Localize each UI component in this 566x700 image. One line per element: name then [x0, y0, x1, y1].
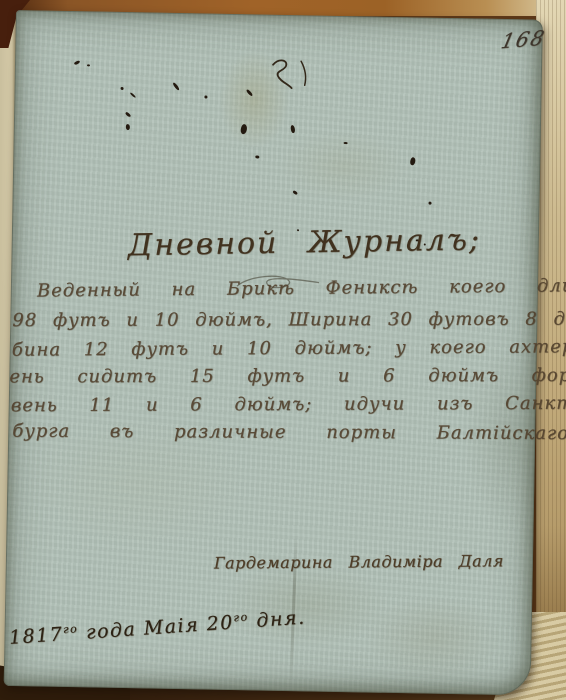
date-day: 20 — [206, 611, 235, 635]
ink-speck — [204, 95, 207, 98]
ink-speck — [246, 89, 254, 97]
ink-speck — [240, 124, 248, 135]
date-suffix: дня. — [248, 606, 306, 632]
ink-speck — [255, 155, 259, 158]
ink-speck — [429, 202, 432, 205]
date-day-ordinal: го — [233, 610, 249, 624]
manuscript-scan: 168 Дневной Журналъ; Веденный на Брикѣ Ф… — [0, 0, 566, 700]
ink-flourish — [265, 57, 318, 94]
manuscript-line: 98 футъ и 10 дюймъ, Ширина 30 футовъ 8 д… — [12, 308, 566, 331]
ink-speck — [126, 124, 130, 130]
ink-speck — [121, 87, 124, 90]
ink-speck — [290, 125, 295, 133]
ink-speck — [130, 92, 137, 98]
manuscript-line: бурга въ различные порты Балтійскаго Мор… — [12, 421, 566, 445]
date-year-ordinal: го — [63, 622, 79, 636]
ink-speck — [74, 60, 81, 66]
ink-speck — [292, 190, 298, 195]
ink-speck — [125, 112, 132, 118]
date-line: 1817го года Маія 20го дня. — [8, 606, 306, 648]
journal-title: Дневной Журналъ; — [128, 222, 482, 263]
manuscript-line: бина 12 футъ и 10 дюймъ; у коего ахтершт… — [12, 336, 566, 361]
manuscript-line: Веденный на Брикѣ Фениксѣ коего длинна — [37, 275, 566, 302]
ink-speck — [172, 82, 180, 91]
manuscript-page: 168 Дневной Журналъ; Веденный на Брикѣ Ф… — [4, 10, 543, 696]
ink-speck — [409, 157, 416, 166]
manuscript-line: ень сидитъ 15 футъ и 6 дюймъ форште- — [9, 365, 566, 388]
ink-speck — [344, 142, 348, 144]
page-number: 168 — [499, 25, 549, 53]
signature-line: Гардемарина Владиміра Даля — [214, 551, 504, 572]
date-month: года Маія — [78, 613, 208, 644]
manuscript-line: вень 11 и 6 дюймъ; идучи изъ Санктпетер- — [11, 392, 566, 416]
ink-speck — [87, 64, 90, 66]
date-year: 1817 — [8, 623, 64, 649]
